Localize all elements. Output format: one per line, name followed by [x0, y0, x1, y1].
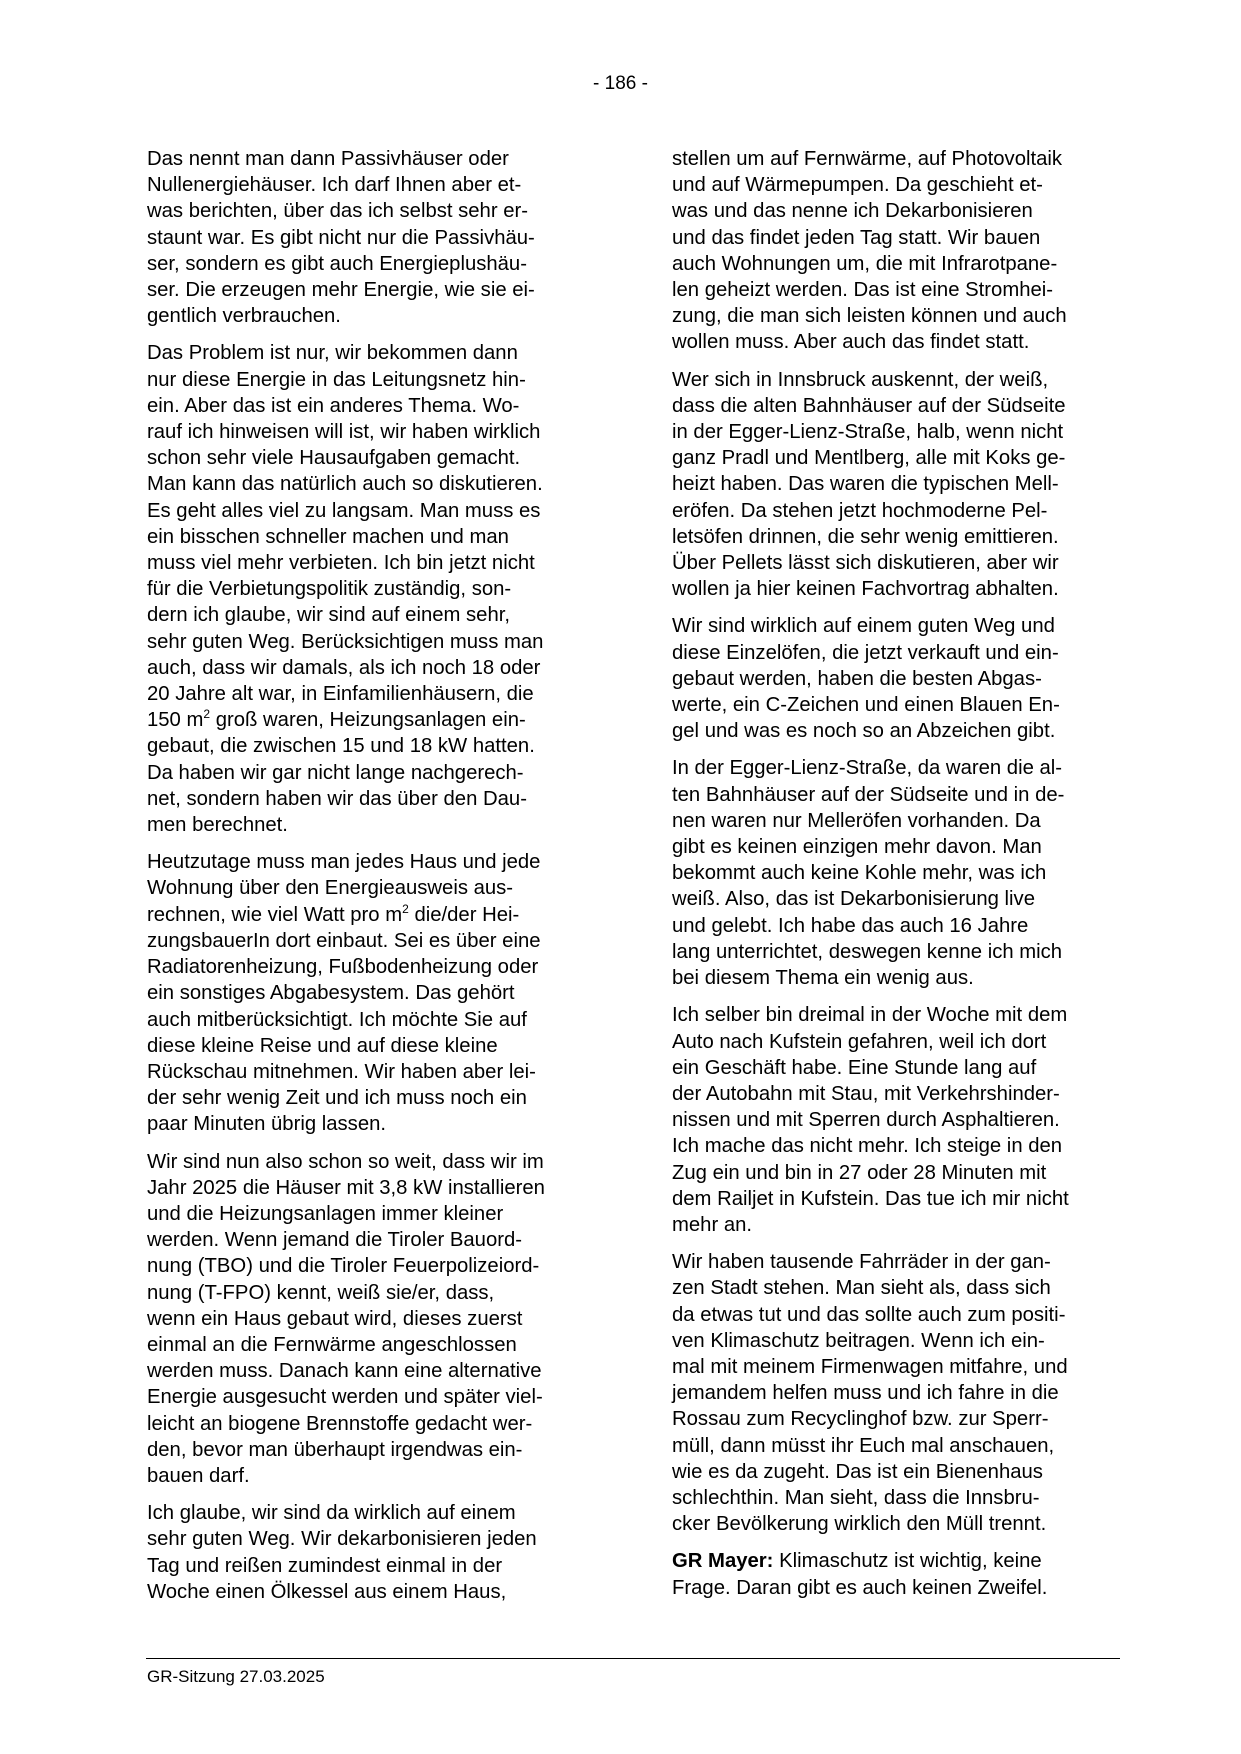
text-line: Wir sind wirklich auf einem guten Weg un… [672, 613, 1132, 639]
text-line: letsöfen drinnen, die sehr wenig emittie… [672, 524, 1132, 550]
text-line: sehr guten Weg. Wir dekarbonisieren jede… [147, 1526, 607, 1552]
text-line: In der Egger-Lienz-Straße, da waren die … [672, 755, 1132, 781]
left-column: Das nennt man dann Passivhäuser oderNull… [147, 146, 607, 1616]
text-line: mehr an. [672, 1212, 1132, 1238]
text-line: paar Minuten übrig lassen. [147, 1111, 607, 1137]
text-line: Da haben wir gar nicht lange nachgerech- [147, 760, 607, 786]
text-line: der sehr wenig Zeit und ich muss noch ei… [147, 1085, 607, 1111]
text-line: Nullenergiehäuser. Ich darf Ihnen aber e… [147, 172, 607, 198]
text-line: diese Einzelöfen, die jetzt verkauft und… [672, 640, 1132, 666]
paragraph: Ich glaube, wir sind da wirklich auf ein… [147, 1500, 607, 1605]
paragraph: Wir sind wirklich auf einem guten Weg un… [672, 613, 1132, 744]
paragraph: stellen um auf Fernwärme, auf Photovolta… [672, 146, 1132, 356]
text-line: Man kann das natürlich auch so diskutier… [147, 471, 607, 497]
text-line: ein Geschäft habe. Eine Stunde lang auf [672, 1055, 1132, 1081]
text-line: nen waren nur Melleröfen vorhanden. Da [672, 808, 1132, 834]
text-line: Es geht alles viel zu langsam. Man muss … [147, 498, 607, 524]
footer-divider [146, 1658, 1120, 1659]
text-line: ganz Pradl und Mentlberg, alle mit Koks … [672, 445, 1132, 471]
text-line: auch Wohnungen um, die mit Infrarotpane- [672, 251, 1132, 277]
text-line: len geheizt werden. Das ist eine Stromhe… [672, 277, 1132, 303]
text-line: ten Bahnhäuser auf der Südseite und in d… [672, 782, 1132, 808]
text-line: ein. Aber das ist ein anderes Thema. Wo- [147, 393, 607, 419]
text-line: Das nennt man dann Passivhäuser oder [147, 146, 607, 172]
text-line: und gelebt. Ich habe das auch 16 Jahre [672, 913, 1132, 939]
text-line: Über Pellets lässt sich diskutieren, abe… [672, 550, 1132, 576]
text-line: sehr guten Weg. Berücksichtigen muss man [147, 629, 607, 655]
text-line: Rossau zum Recyclinghof bzw. zur Sperr- [672, 1406, 1132, 1432]
text-line: und die Heizungsanlagen immer kleiner [147, 1201, 607, 1227]
text-line: nissen und mit Sperren durch Asphaltiere… [672, 1107, 1132, 1133]
footer-session-date: GR-Sitzung 27.03.2025 [147, 1666, 325, 1688]
text-line: cker Bevölkerung wirklich den Müll trenn… [672, 1511, 1132, 1537]
text-line: Energie ausgesucht werden und später vie… [147, 1384, 607, 1410]
text-line: und das findet jeden Tag statt. Wir baue… [672, 225, 1132, 251]
text-line: was berichten, über das ich selbst sehr … [147, 198, 607, 224]
text-line: Wir haben tausende Fahrräder in der gan- [672, 1249, 1132, 1275]
text-line: der Autobahn mit Stau, mit Verkehrshinde… [672, 1081, 1132, 1107]
text-line: eröfen. Da stehen jetzt hochmoderne Pel- [672, 498, 1132, 524]
text-line: Auto nach Kufstein gefahren, weil ich do… [672, 1029, 1132, 1055]
text-line: bei diesem Thema ein wenig aus. [672, 965, 1132, 991]
text-line: nur diese Energie in das Leitungsnetz hi… [147, 367, 607, 393]
text-line: 150 m2 groß waren, Heizungsanlagen ein- [147, 707, 607, 733]
text-line: werden. Wenn jemand die Tiroler Bauord- [147, 1227, 607, 1253]
page-number: - 186 - [0, 72, 1241, 96]
text-line: gel und was es noch so an Abzeichen gibt… [672, 718, 1132, 744]
paragraph: Das nennt man dann Passivhäuser oderNull… [147, 146, 607, 329]
paragraph: Heutzutage muss man jedes Haus und jedeW… [147, 849, 607, 1137]
text-line: zung, die man sich leisten können und au… [672, 303, 1132, 329]
paragraph: Wir haben tausende Fahrräder in der gan-… [672, 1249, 1132, 1537]
text-line: gentlich verbrauchen. [147, 303, 607, 329]
text-line: Woche einen Ölkessel aus einem Haus, [147, 1579, 607, 1605]
text-line: Jahr 2025 die Häuser mit 3,8 kW installi… [147, 1175, 607, 1201]
text-line: 20 Jahre alt war, in Einfamilienhäusern,… [147, 681, 607, 707]
text-line: Tag und reißen zumindest einmal in der [147, 1553, 607, 1579]
text-line: rauf ich hinweisen will ist, wir haben w… [147, 419, 607, 445]
text-line: bekommt auch keine Kohle mehr, was ich [672, 860, 1132, 886]
superscript: 2 [402, 902, 409, 916]
text-line: muss viel mehr verbieten. Ich bin jetzt … [147, 550, 607, 576]
text-line: GR Mayer: Klimaschutz ist wichtig, keine [672, 1548, 1132, 1574]
text-line: dem Railjet in Kufstein. Das tue ich mir… [672, 1186, 1132, 1212]
right-column: stellen um auf Fernwärme, auf Photovolta… [672, 146, 1132, 1612]
text-line: bauen darf. [147, 1463, 607, 1489]
text-line: ven Klimaschutz beitragen. Wenn ich ein- [672, 1328, 1132, 1354]
text-line: wie es da zugeht. Das ist ein Bienenhaus [672, 1459, 1132, 1485]
text-line: und auf Wärmepumpen. Da geschieht et- [672, 172, 1132, 198]
paragraph: GR Mayer: Klimaschutz ist wichtig, keine… [672, 1548, 1132, 1600]
paragraph: In der Egger-Lienz-Straße, da waren die … [672, 755, 1132, 991]
text-line: gebaut werden, haben die besten Abgas- [672, 666, 1132, 692]
text-line: Das Problem ist nur, wir bekommen dann [147, 340, 607, 366]
text-line: Heutzutage muss man jedes Haus und jede [147, 849, 607, 875]
text-line: werte, ein C-Zeichen und einen Blauen En… [672, 692, 1132, 718]
text-line: nung (T-FPO) kennt, weiß sie/er, dass, [147, 1280, 607, 1306]
text-line: rechnen, wie viel Watt pro m2 die/der He… [147, 902, 607, 928]
text-line: was und das nenne ich Dekarbonisieren [672, 198, 1132, 224]
paragraph: Ich selber bin dreimal in der Woche mit … [672, 1002, 1132, 1238]
text-line: Rückschau mitnehmen. Wir haben aber lei- [147, 1059, 607, 1085]
text-line: Zug ein und bin in 27 oder 28 Minuten mi… [672, 1160, 1132, 1186]
text-line: Radiatorenheizung, Fußbodenheizung oder [147, 954, 607, 980]
text-line: wenn ein Haus gebaut wird, dieses zuerst [147, 1306, 607, 1332]
text-line: gibt es keinen einzigen mehr davon. Man [672, 834, 1132, 860]
text-line: auch mitberücksichtigt. Ich möchte Sie a… [147, 1007, 607, 1033]
text-line: den, bevor man überhaupt irgendwas ein- [147, 1437, 607, 1463]
text-line: net, sondern haben wir das über den Dau- [147, 786, 607, 812]
text-line: Wir sind nun also schon so weit, dass wi… [147, 1149, 607, 1175]
text-line: schlechthin. Man sieht, dass die Innsbru… [672, 1485, 1132, 1511]
text-line: jemandem helfen muss und ich fahre in di… [672, 1380, 1132, 1406]
text-line: in der Egger-Lienz-Straße, halb, wenn ni… [672, 419, 1132, 445]
text-line: weiß. Also, das ist Dekarbonisierung liv… [672, 886, 1132, 912]
text-line: einmal an die Fernwärme angeschlossen [147, 1332, 607, 1358]
speaker-name: GR Mayer: [672, 1550, 773, 1572]
text-line: diese kleine Reise und auf diese kleine [147, 1033, 607, 1059]
text-line: lang unterrichtet, deswegen kenne ich mi… [672, 939, 1132, 965]
text-line: Frage. Daran gibt es auch keinen Zweifel… [672, 1575, 1132, 1601]
superscript: 2 [203, 707, 210, 721]
text-line: für die Verbietungspolitik zuständig, so… [147, 576, 607, 602]
text-line: ser. Die erzeugen mehr Energie, wie sie … [147, 277, 607, 303]
text-line: dass die alten Bahnhäuser auf der Südsei… [672, 393, 1132, 419]
text-line: wollen muss. Aber auch das findet statt. [672, 329, 1132, 355]
text-line: ein bisschen schneller machen und man [147, 524, 607, 550]
text-line: zen Stadt stehen. Man sieht als, dass si… [672, 1275, 1132, 1301]
text-line: Ich selber bin dreimal in der Woche mit … [672, 1002, 1132, 1028]
text-line: stellen um auf Fernwärme, auf Photovolta… [672, 146, 1132, 172]
paragraph: Wer sich in Innsbruck auskennt, der weiß… [672, 367, 1132, 603]
text-line: da etwas tut und das sollte auch zum pos… [672, 1302, 1132, 1328]
text-line: leicht an biogene Brennstoffe gedacht we… [147, 1411, 607, 1437]
text-line: ein sonstiges Abgabesystem. Das gehört [147, 980, 607, 1006]
text-line: ser, sondern es gibt auch Energieplushäu… [147, 251, 607, 277]
text-line: mal mit meinem Firmenwagen mitfahre, und [672, 1354, 1132, 1380]
text-line: Ich mache das nicht mehr. Ich steige in … [672, 1133, 1132, 1159]
text-line: nung (TBO) und die Tiroler Feuerpolizeio… [147, 1253, 607, 1279]
text-line: staunt war. Es gibt nicht nur die Passiv… [147, 225, 607, 251]
text-line: müll, dann müsst ihr Euch mal anschauen, [672, 1433, 1132, 1459]
text-line: schon sehr viele Hausaufgaben gemacht. [147, 445, 607, 471]
text-line: heizt haben. Das waren die typischen Mel… [672, 471, 1132, 497]
text-line: men berechnet. [147, 812, 607, 838]
paragraph: Wir sind nun also schon so weit, dass wi… [147, 1149, 607, 1490]
text-line: gebaut, die zwischen 15 und 18 kW hatten… [147, 733, 607, 759]
text-line: Wer sich in Innsbruck auskennt, der weiß… [672, 367, 1132, 393]
text-line: werden muss. Danach kann eine alternativ… [147, 1358, 607, 1384]
text-line: zungsbauerIn dort einbaut. Sei es über e… [147, 928, 607, 954]
text-line: wollen ja hier keinen Fachvortrag abhalt… [672, 576, 1132, 602]
paragraph: Das Problem ist nur, wir bekommen dannnu… [147, 340, 607, 838]
text-line: Ich glaube, wir sind da wirklich auf ein… [147, 1500, 607, 1526]
text-line: auch, dass wir damals, als ich noch 18 o… [147, 655, 607, 681]
text-line: dern ich glaube, wir sind auf einem sehr… [147, 602, 607, 628]
text-line: Wohnung über den Energieausweis aus- [147, 875, 607, 901]
